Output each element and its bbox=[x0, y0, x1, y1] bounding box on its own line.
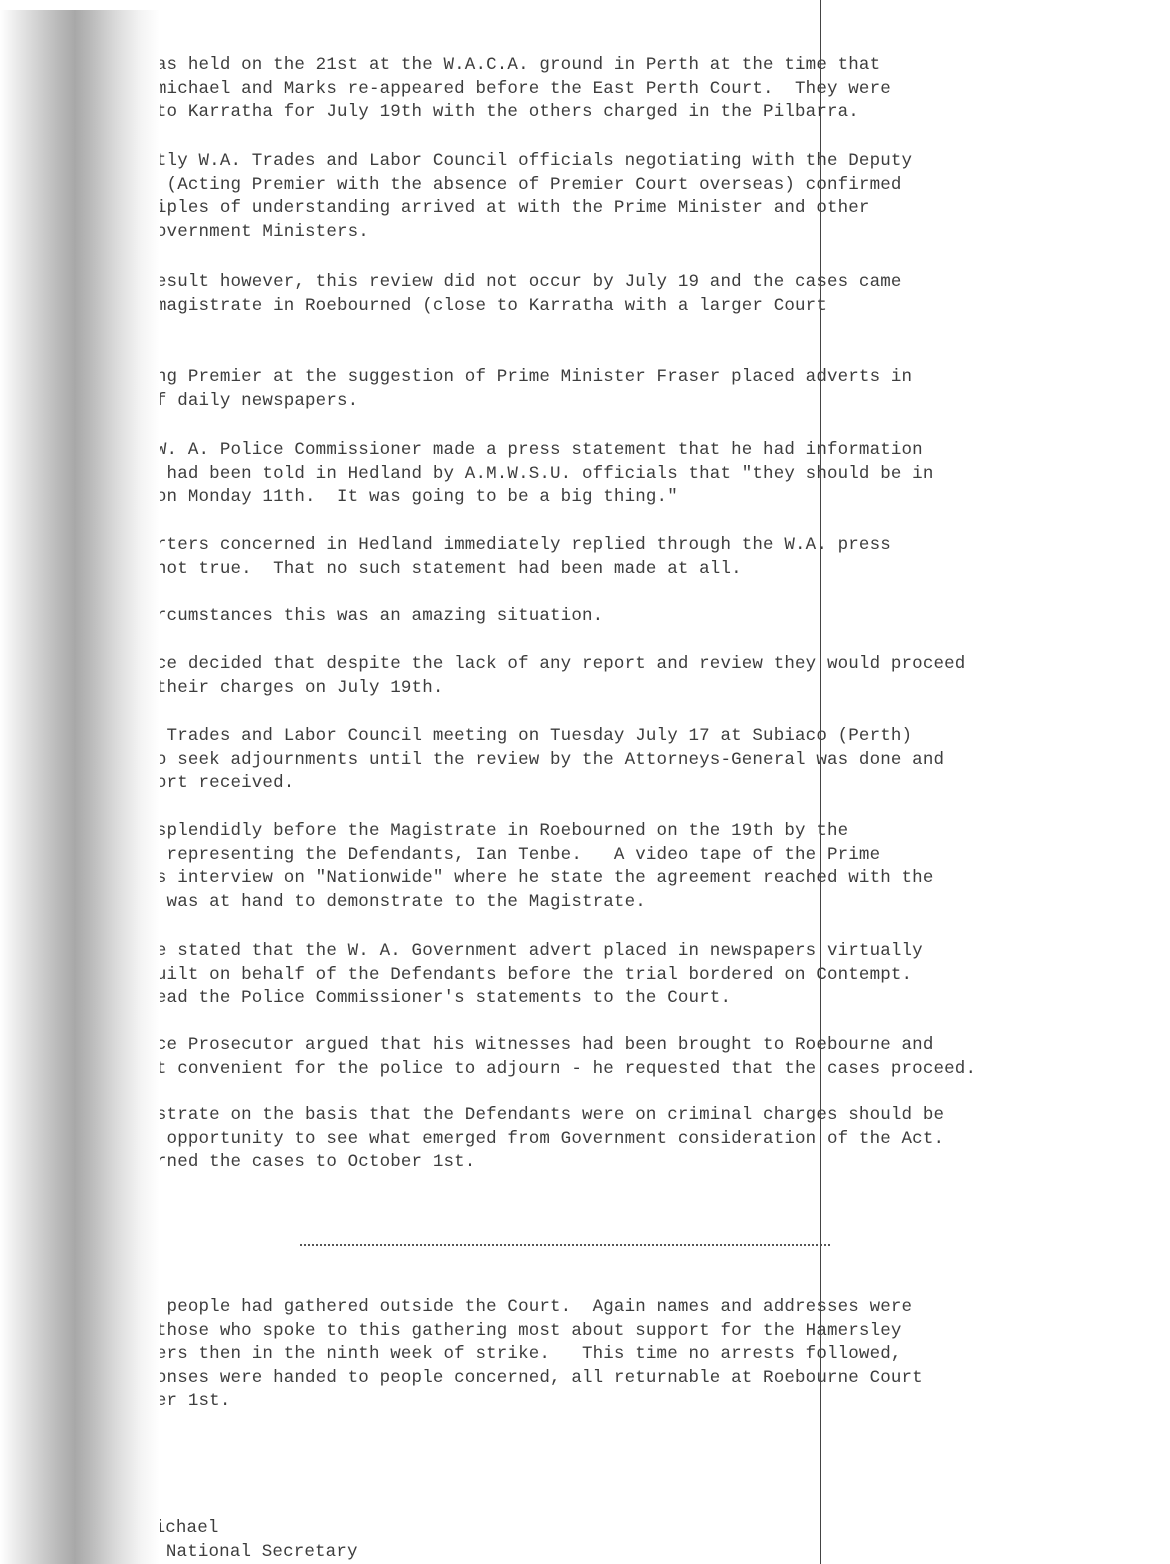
text-line: use). bbox=[92, 318, 902, 342]
text-line: anded to Karratha for July 19th with the… bbox=[92, 101, 891, 125]
text-line: n the W. A. Police Commissioner made a p… bbox=[92, 439, 934, 463]
paragraph-splendidly: s was splendidly before the Magistrate i… bbox=[92, 820, 934, 914]
text-line: mier - (Acting Premier with the absence … bbox=[92, 174, 912, 198]
text-line: en the opportunity to see what emerged f… bbox=[92, 1128, 944, 1152]
text-line: press their charges on July 19th. bbox=[92, 677, 965, 701]
paragraph-police-decided: e Police decided that despite the lack o… bbox=[92, 653, 965, 700]
text-line: n workers then in the ninth week of stri… bbox=[92, 1343, 923, 1367]
paragraph-reporters: e reporters concerned in Hedland immedia… bbox=[92, 534, 891, 581]
scan-fold-line bbox=[820, 0, 821, 1564]
text-line: rister representing the Defendants, Ian … bbox=[92, 844, 934, 868]
text-line: s. Carmichael and Marks re-appeared befo… bbox=[92, 78, 891, 102]
text-line: ir report received. bbox=[92, 772, 944, 796]
text-line: adjourned the cases to October 1st. bbox=[92, 1151, 944, 1175]
paragraph-gathering: ut 600 people had gathered outside the C… bbox=[92, 1296, 923, 1414]
text-line: t Summonses were handed to people concer… bbox=[92, 1367, 923, 1391]
paragraph-circumstances: the circumstances this was an amazing si… bbox=[92, 605, 603, 629]
text-line: ally was held on the 21st at the W.A.C.A… bbox=[92, 54, 891, 78]
text-line: e Police Prosecutor argued that his witn… bbox=[92, 1034, 976, 1058]
text-line: ided to seek adjournments until the revi… bbox=[92, 749, 944, 773]
scan-top-margin bbox=[0, 0, 160, 10]
paragraph-council-meeting: e W.A. Trades and Labor Council meeting … bbox=[92, 725, 944, 796]
text-line: sequently W.A. Trades and Labor Council … bbox=[92, 150, 912, 174]
text-line: ister's interview on "Nationwide" where … bbox=[92, 867, 934, 891]
text-line: . Acting Premier at the suggestion of Pr… bbox=[92, 366, 912, 390]
text-line: s was splendidly before the Magistrate i… bbox=[92, 820, 934, 844]
paragraph-acting-premier: . Acting Premier at the suggestion of Pr… bbox=[92, 366, 912, 413]
paragraph-result: the result however, this review did not … bbox=[92, 271, 902, 342]
text-line: en of those who spoke to this gathering … bbox=[92, 1320, 923, 1344]
signature-title: stant National Secretary bbox=[92, 1541, 358, 1564]
text-line: C.T.U. was at hand to demonstrate to the… bbox=[92, 891, 934, 915]
text-line: e Police decided that despite the lack o… bbox=[92, 653, 965, 677]
text-line: ratha on Monday 11th. It was going to be… bbox=[92, 486, 934, 510]
text-line: wasn't convenient for the police to adjo… bbox=[92, 1058, 976, 1082]
paragraph-magistrate: e Magistrate on the basis that the Defen… bbox=[92, 1104, 944, 1175]
paragraph-police-commissioner: n the W. A. Police Commissioner made a p… bbox=[92, 439, 934, 510]
text-line: e Magistrate on the basis that the Defen… bbox=[92, 1104, 944, 1128]
text-line: e reporters concerned in Hedland immedia… bbox=[92, 534, 891, 558]
text-line: the circumstances this was an amazing si… bbox=[92, 605, 603, 629]
text-line: mber of daily newspapers. bbox=[92, 390, 912, 414]
text-line: orters had been told in Hedland by A.M.W… bbox=[92, 463, 934, 487]
paragraph-rally: ally was held on the 21st at the W.A.C.A… bbox=[92, 54, 891, 125]
text-line: ore a magistrate in Roebourned (close to… bbox=[92, 295, 902, 319]
text-line: the result however, this review did not … bbox=[92, 271, 902, 295]
text-line: s was not true. That no such statement h… bbox=[92, 558, 891, 582]
text-line: also read the Police Commissioner's stat… bbox=[92, 987, 923, 1011]
text-line: e W.A. Trades and Labor Council meeting … bbox=[92, 725, 944, 749]
signature-name: Carmichael bbox=[92, 1517, 358, 1541]
signature-block: Carmichael stant National Secretary bbox=[92, 1517, 358, 1564]
paragraph-prosecutor: e Police Prosecutor argued that his witn… bbox=[92, 1034, 976, 1081]
text-line: October 1st. bbox=[92, 1390, 923, 1414]
text-line: ging guilt on behalf of the Defendants b… bbox=[92, 964, 923, 988]
text-line: eral Government Ministers. bbox=[92, 221, 912, 245]
paragraph-subsequently: sequently W.A. Trades and Labor Council … bbox=[92, 150, 912, 244]
text-line: . Tenbe stated that the W. A. Government… bbox=[92, 940, 923, 964]
section-divider bbox=[300, 1244, 830, 1246]
text-line: ut 600 people had gathered outside the C… bbox=[92, 1296, 923, 1320]
text-line: principles of understanding arrived at w… bbox=[92, 197, 912, 221]
paragraph-tenbe: . Tenbe stated that the W. A. Government… bbox=[92, 940, 923, 1011]
